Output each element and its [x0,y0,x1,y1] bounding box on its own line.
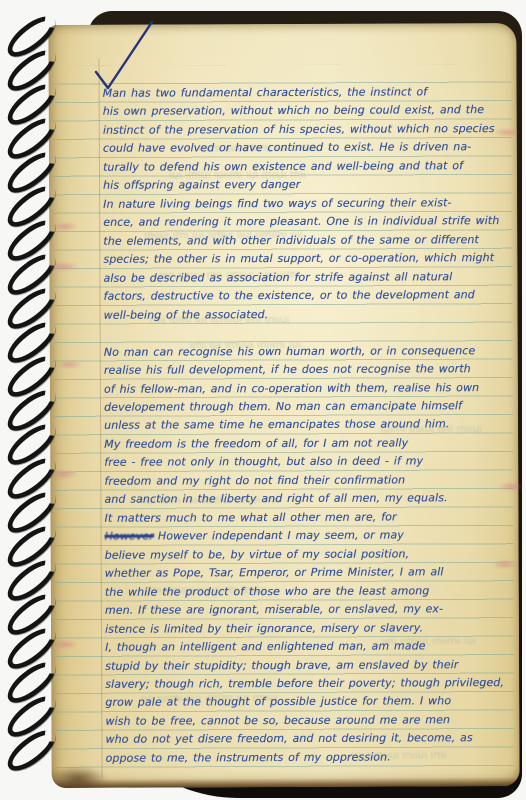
manuscript-line: the while the product of those who are t… [105,582,517,602]
manuscript-line: No man can recognise his own human worth… [104,342,516,362]
manuscript-line [104,323,516,343]
manuscript-line: believe myself to be, by virtue of my so… [105,545,517,565]
manuscript-line: It matters much to me what all other men… [104,508,516,528]
manuscript-line-text: However independant I may seem, or may [158,529,404,543]
manuscript-text: Man has two fundamental characteristics,… [103,83,518,768]
manuscript-line: species; the other is in mutal support, … [103,249,515,269]
manuscript-line: could have evolved or have continued to … [103,138,515,158]
checkmark-icon [88,14,162,96]
manuscript-line: of his fellow-man, and in co-operation w… [104,378,516,398]
manuscript-line: In nature living beings find two ways of… [103,194,515,214]
manuscript-line: the elements, and with other individuals… [103,231,515,251]
manuscript-line: his offspring against every danger [103,175,515,195]
manuscript-line: HoweverHowever independant I may seem, o… [105,526,517,546]
manuscript-line: men. If these are ignorant, miserable, o… [105,600,517,620]
manuscript-line: ence, and rendering it more pleasant. On… [103,212,515,232]
manuscript-line: My freedom is the freedom of all, for I … [104,434,516,454]
manuscript-line: grow pale at the thought of possible jus… [105,692,517,712]
manuscript-line: well-being of the associated. [104,305,516,325]
manuscript-line: freedom and my right do not find their c… [104,471,516,491]
crossed-out-word: However [105,530,154,543]
manuscript-line: stupid by their stupidity; though brave,… [105,656,517,676]
manuscript-line: and sanction in the liberty and right of… [104,489,516,509]
manuscript-line: wish to be free, cannot be so, because a… [105,711,517,731]
manuscript-line: slavery; though rich, tremble before the… [105,674,517,694]
manuscript-line: free - free not only in thought, but als… [104,452,516,472]
manuscript-line: oppose to me, the instruments of my oppr… [105,748,517,768]
manuscript-line: developement through them. No man can em… [104,397,516,417]
manuscript-line: realise his full development, if he does… [104,360,516,380]
scanned-notebook-photo: { "document": { "kind": "handwritten not… [0,0,526,800]
manuscript-line: who do not yet disere freedom, and not d… [105,729,517,749]
manuscript-line: istence is limited by their ignorance, m… [105,619,517,639]
manuscript-line: unless at the same time he emancipates t… [104,415,516,435]
manuscript-line: factors, destructive to the existence, o… [103,286,515,306]
manuscript-line: whether as Pope, Tsar, Emperor, or Prime… [105,563,517,583]
manuscript-line: his own preservation, without which no b… [103,101,515,121]
manuscript-line: I, though an intelligent and enlightened… [105,637,517,657]
manuscript-line: turally to defend his own existence and … [103,157,515,177]
notebook-page: ıuıım ıuı ıınımı ıuıı ınıuı ıım ıuıını ı… [48,23,519,788]
spiral-binding [0,0,70,800]
manuscript-line: instinct of the preservation of his spec… [103,120,515,140]
manuscript-line: Man has two fundamental characteristics,… [103,83,515,103]
manuscript-line: also be described as association for str… [103,268,515,288]
